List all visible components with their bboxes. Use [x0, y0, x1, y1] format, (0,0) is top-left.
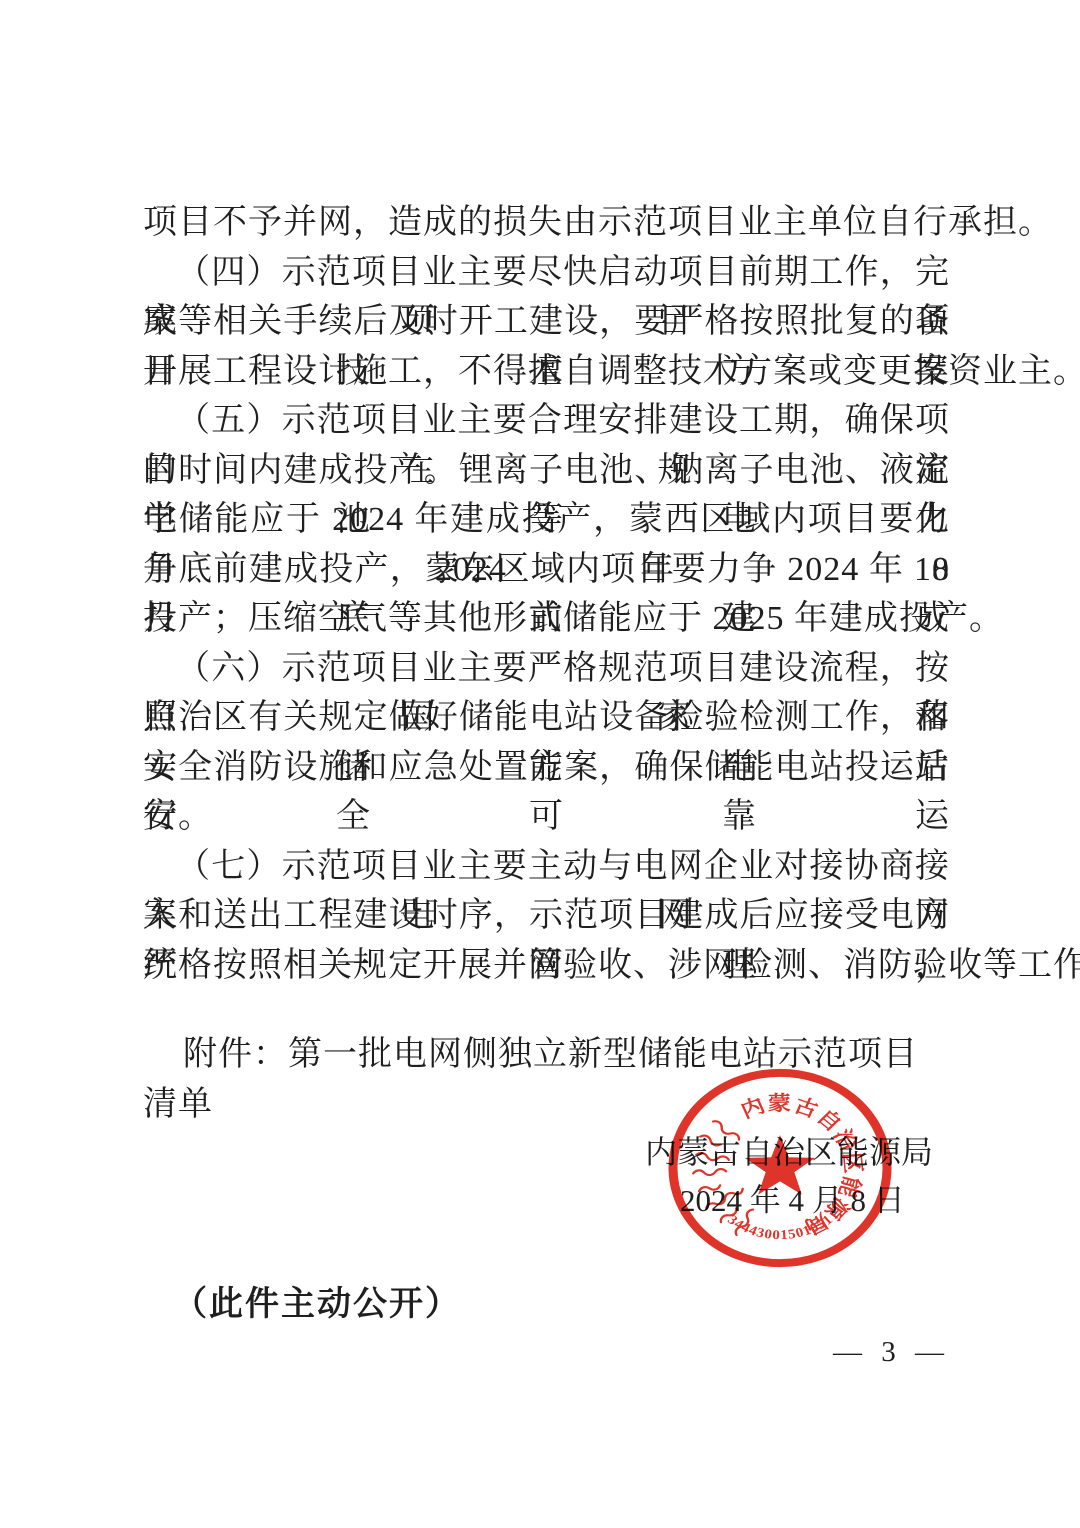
body-line: 学储能应于 2024 年建成投产，蒙西区域内项目要力争 2024 年 8 — [143, 495, 950, 545]
body-line: 开展工程设计施工，不得擅自调整技术方案或变更投资业主。 — [143, 347, 950, 397]
page-number: — 3 — — [833, 1334, 950, 1370]
body-line: 案等相关手续后及时开工建设，要严格按照批复的项目技术方案 — [143, 297, 950, 347]
svg-text:区: 区 — [839, 1152, 866, 1174]
body-line: 安全消防设施和应急处置方案，确保储能电站投运后安全可靠运 — [143, 743, 950, 793]
body-line: 的时间内建成投产。锂离子电池、钠离子电池、液流电池等电化 — [143, 446, 950, 496]
body-line: （五）示范项目业主要合理安排建设工期，确保项目在规定 — [143, 396, 950, 446]
svg-text:内: 内 — [737, 1093, 768, 1123]
star-icon — [745, 1135, 815, 1194]
body-line: （四）示范项目业主要尽快启动项目前期工作，完成项目备 — [143, 248, 950, 298]
disclosure-note: （此件主动公开） — [143, 1280, 461, 1330]
seal-serial-number: 1 5 0 1 0 5 1 0 0 3 4 4 4 3 — [724, 1212, 836, 1243]
body-line: 项目不予并网，造成的损失由示范项目业主单位自行承担。 — [143, 198, 950, 248]
body-line: （六）示范项目业主要严格规范项目建设流程，按照国家和 — [143, 644, 950, 694]
body-line: 严格按照相关规定开展并网验收、涉网检测、消防验收等工作。 — [143, 941, 950, 991]
body-line: 自治区有关规定做好储能电站设备检验检测工作，落实储能电站 — [143, 693, 950, 743]
official-seal: 内 蒙 古 自 治 区 能 源 局 1 5 0 1 0 5 1 0 0 3 4 … — [663, 1064, 897, 1272]
body-line: 月底前建成投产，蒙东区域内项目要力争 2024 年 10 月底前建成 — [143, 545, 950, 595]
svg-text:蒙: 蒙 — [768, 1091, 791, 1115]
body-line: 投产；压缩空气等其他形式储能应于 2025 年建成投产。 — [143, 594, 950, 644]
svg-text:0: 0 — [772, 1228, 780, 1243]
document-page: 项目不予并网，造成的损失由示范项目业主单位自行承担。 （四）示范项目业主要尽快启… — [0, 0, 1080, 1528]
document-body: 项目不予并网，造成的损失由示范项目业主单位自行承担。 （四）示范项目业主要尽快启… — [143, 198, 950, 990]
body-line: （七）示范项目业主要主动与电网企业对接协商接入电网方 — [143, 842, 950, 892]
svg-text:1: 1 — [780, 1228, 788, 1243]
seal-mongolian-script — [693, 1119, 756, 1236]
body-line: 案和送出工程建设时序，示范项目建成后应接受电网统一管理， — [143, 891, 950, 941]
